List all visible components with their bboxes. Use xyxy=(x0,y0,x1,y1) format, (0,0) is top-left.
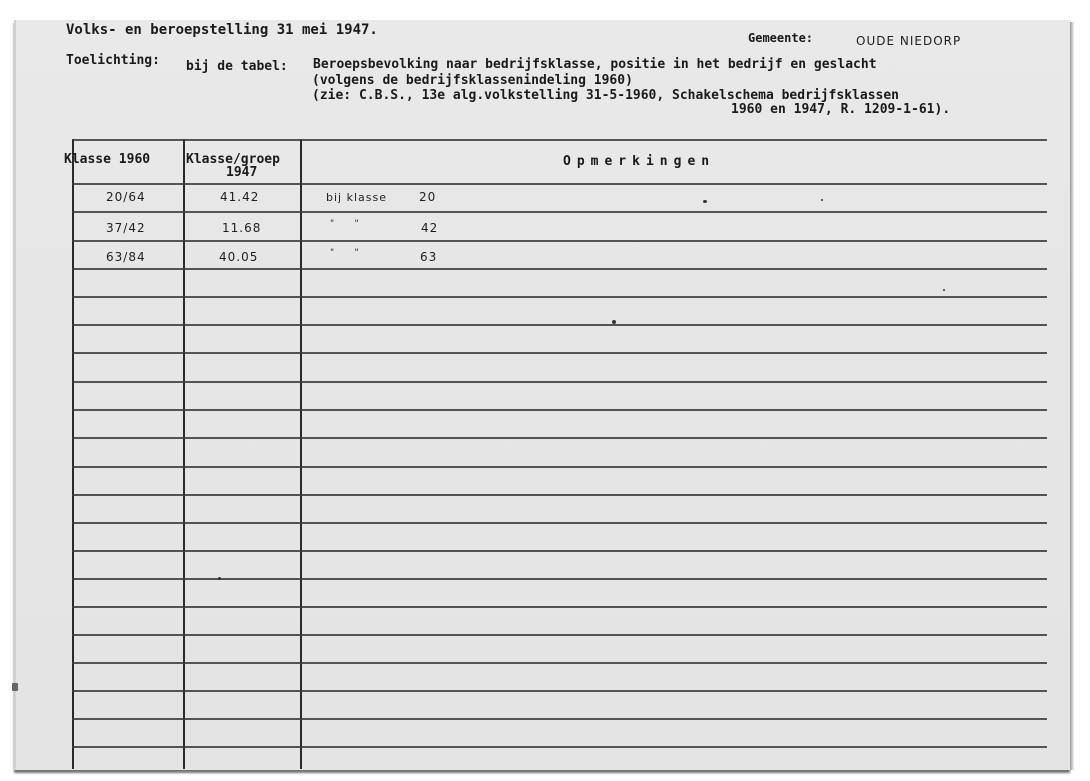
table-left-border xyxy=(72,139,74,769)
row-2-klasse-1960: 37/42 xyxy=(106,221,146,235)
table-row-line xyxy=(72,437,1047,439)
table-row-line xyxy=(72,409,1047,411)
row-3-opm-value: 63 xyxy=(420,250,437,264)
toelichting-line-2: (volgens de bedrijfsklassenindeling 1960… xyxy=(312,73,633,88)
table-row-line xyxy=(72,550,1047,552)
row-1-klasse-groep-1947: 41.42 xyxy=(220,190,259,204)
table-top-border xyxy=(72,139,1047,141)
table-row-line xyxy=(72,494,1047,496)
toelichting-label: Toelichting: xyxy=(66,53,160,68)
scan-speck xyxy=(821,199,823,201)
table-row-line xyxy=(72,606,1047,608)
scan-speck xyxy=(703,200,707,203)
gemeente-value: OUDE NIEDORP xyxy=(856,34,961,48)
table-row-line xyxy=(72,634,1047,636)
table-row-line xyxy=(72,268,1047,270)
scan-speck xyxy=(218,577,221,580)
column-divider-2 xyxy=(300,139,302,769)
scan-speck xyxy=(612,320,616,324)
table-row-line xyxy=(72,718,1047,720)
row-3-klasse-1960: 63/84 xyxy=(106,250,146,264)
scan-speck xyxy=(943,289,945,291)
table-row-line xyxy=(72,240,1047,242)
table-row-line xyxy=(72,690,1047,692)
table-row-line xyxy=(72,662,1047,664)
toelichting-line-1: Beroepsbevolking naar bedrijfsklasse, po… xyxy=(313,57,877,72)
row-3-opm-prefix: " " xyxy=(330,248,360,258)
row-2-klasse-groep-1947: 11.68 xyxy=(222,221,261,235)
header-opmerkingen: Opmerkingen xyxy=(563,154,715,169)
table-row-line xyxy=(72,296,1047,298)
table-row-line xyxy=(72,324,1047,326)
column-divider-1 xyxy=(183,139,185,769)
toelichting-line-4: 1960 en 1947, R. 1209-1-61). xyxy=(731,102,950,117)
row-1-opm-prefix: bij klasse xyxy=(326,191,387,204)
table-row-line xyxy=(72,522,1047,524)
header-klasse-1960: Klasse 1960 xyxy=(64,152,150,167)
row-1-opm-value: 20 xyxy=(419,190,436,204)
header-klasse-groep-1947-year: 1947 xyxy=(226,165,257,180)
row-2-opm-value: 42 xyxy=(421,221,438,235)
table-row-line xyxy=(72,211,1047,213)
census-form-sheet xyxy=(14,20,1070,770)
row-2-opm-prefix: " " xyxy=(330,219,360,229)
form-title: Volks- en beroepstelling 31 mei 1947. xyxy=(66,22,378,38)
gemeente-label: Gemeente: xyxy=(748,31,813,45)
table-row-line xyxy=(72,746,1047,748)
table-row-line xyxy=(72,183,1047,185)
toelichting-prefix: bij de tabel: xyxy=(186,59,288,74)
scan-speck xyxy=(12,683,18,691)
table-row-line xyxy=(72,352,1047,354)
table-row-line xyxy=(72,466,1047,468)
toelichting-line-3: (zie: C.B.S., 13e alg.volkstelling 31-5-… xyxy=(312,88,899,103)
table-row-line xyxy=(72,381,1047,383)
row-3-klasse-groep-1947: 40.05 xyxy=(219,250,258,264)
row-1-klasse-1960: 20/64 xyxy=(106,190,146,204)
